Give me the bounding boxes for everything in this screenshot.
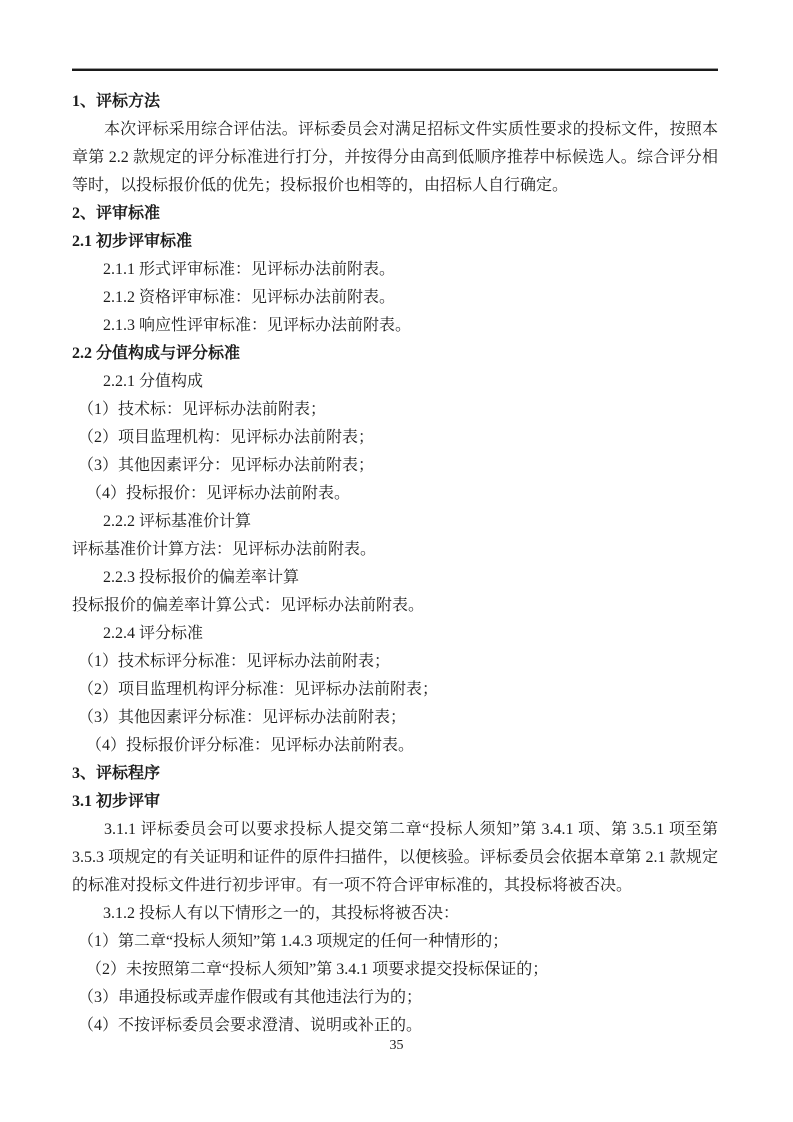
clause-2-2-1: 2.2.1 分值构成 <box>72 368 718 396</box>
list-item-3-1-2-3: （3）串通投标或弄虚作假或有其他违法行为的； <box>72 984 718 1012</box>
section-2-1-heading: 2.1 初步评审标准 <box>72 228 718 256</box>
clause-2-1-1: 2.1.1 形式评审标准：见评标办法前附表。 <box>72 256 718 284</box>
clause-2-2-3-body: 投标报价的偏差率计算公式：见评标办法前附表。 <box>72 592 718 620</box>
clause-2-2-2: 2.2.2 评标基准价计算 <box>72 508 718 536</box>
section-2-2-heading: 2.2 分值构成与评分标准 <box>72 340 718 368</box>
list-item-2-2-1-1: （1）技术标：见评标办法前附表； <box>72 396 718 424</box>
section-3-1-heading: 3.1 初步评审 <box>72 788 718 816</box>
document-page: 1、评标方法 本次评标采用综合评估法。评标委员会对满足招标文件实质性要求的投标文… <box>0 0 793 1122</box>
list-item-2-2-4-4: （4）投标报价评分标准：见评标办法前附表。 <box>72 732 718 760</box>
list-item-3-1-2-4: （4）不按评标委员会要求澄清、说明或补正的。 <box>72 1012 718 1040</box>
list-item-2-2-1-4: （4）投标报价：见评标办法前附表。 <box>72 480 718 508</box>
list-item-3-1-2-2: （2）未按照第二章“投标人须知”第 3.4.1 项要求提交投标保证的； <box>72 956 718 984</box>
clause-3-1-1-paragraph: 3.1.1 评标委员会可以要求投标人提交第二章“投标人须知”第 3.4.1 项、… <box>72 816 718 900</box>
clause-2-2-2-body: 评标基准价计算方法：见评标办法前附表。 <box>72 536 718 564</box>
list-item-2-2-4-3: （3）其他因素评分标准：见评标办法前附表； <box>72 704 718 732</box>
clause-2-2-4: 2.2.4 评分标准 <box>72 620 718 648</box>
section-1-heading: 1、评标方法 <box>72 88 718 116</box>
list-item-2-2-4-1: （1）技术标评分标准：见评标办法前附表； <box>72 648 718 676</box>
list-item-3-1-2-1: （1）第二章“投标人须知”第 1.4.3 项规定的任何一种情形的； <box>72 928 718 956</box>
clause-2-1-2: 2.1.2 资格评审标准：见评标办法前附表。 <box>72 284 718 312</box>
clause-3-1-2: 3.1.2 投标人有以下情形之一的，其投标将被否决： <box>72 900 718 928</box>
list-item-2-2-1-2: （2）项目监理机构：见评标办法前附表； <box>72 424 718 452</box>
document-body: 1、评标方法 本次评标采用综合评估法。评标委员会对满足招标文件实质性要求的投标文… <box>72 88 718 1040</box>
list-item-2-2-1-3: （3）其他因素评分：见评标办法前附表； <box>72 452 718 480</box>
page-number: 35 <box>0 1038 793 1054</box>
clause-2-2-3: 2.2.3 投标报价的偏差率计算 <box>72 564 718 592</box>
section-3-heading: 3、评标程序 <box>72 760 718 788</box>
list-item-2-2-4-2: （2）项目监理机构评分标准：见评标办法前附表； <box>72 676 718 704</box>
header-rule <box>72 68 718 71</box>
section-1-paragraph: 本次评标采用综合评估法。评标委员会对满足招标文件实质性要求的投标文件，按照本章第… <box>72 116 718 200</box>
section-2-heading: 2、评审标准 <box>72 200 718 228</box>
clause-2-1-3: 2.1.3 响应性评审标准：见评标办法前附表。 <box>72 312 718 340</box>
